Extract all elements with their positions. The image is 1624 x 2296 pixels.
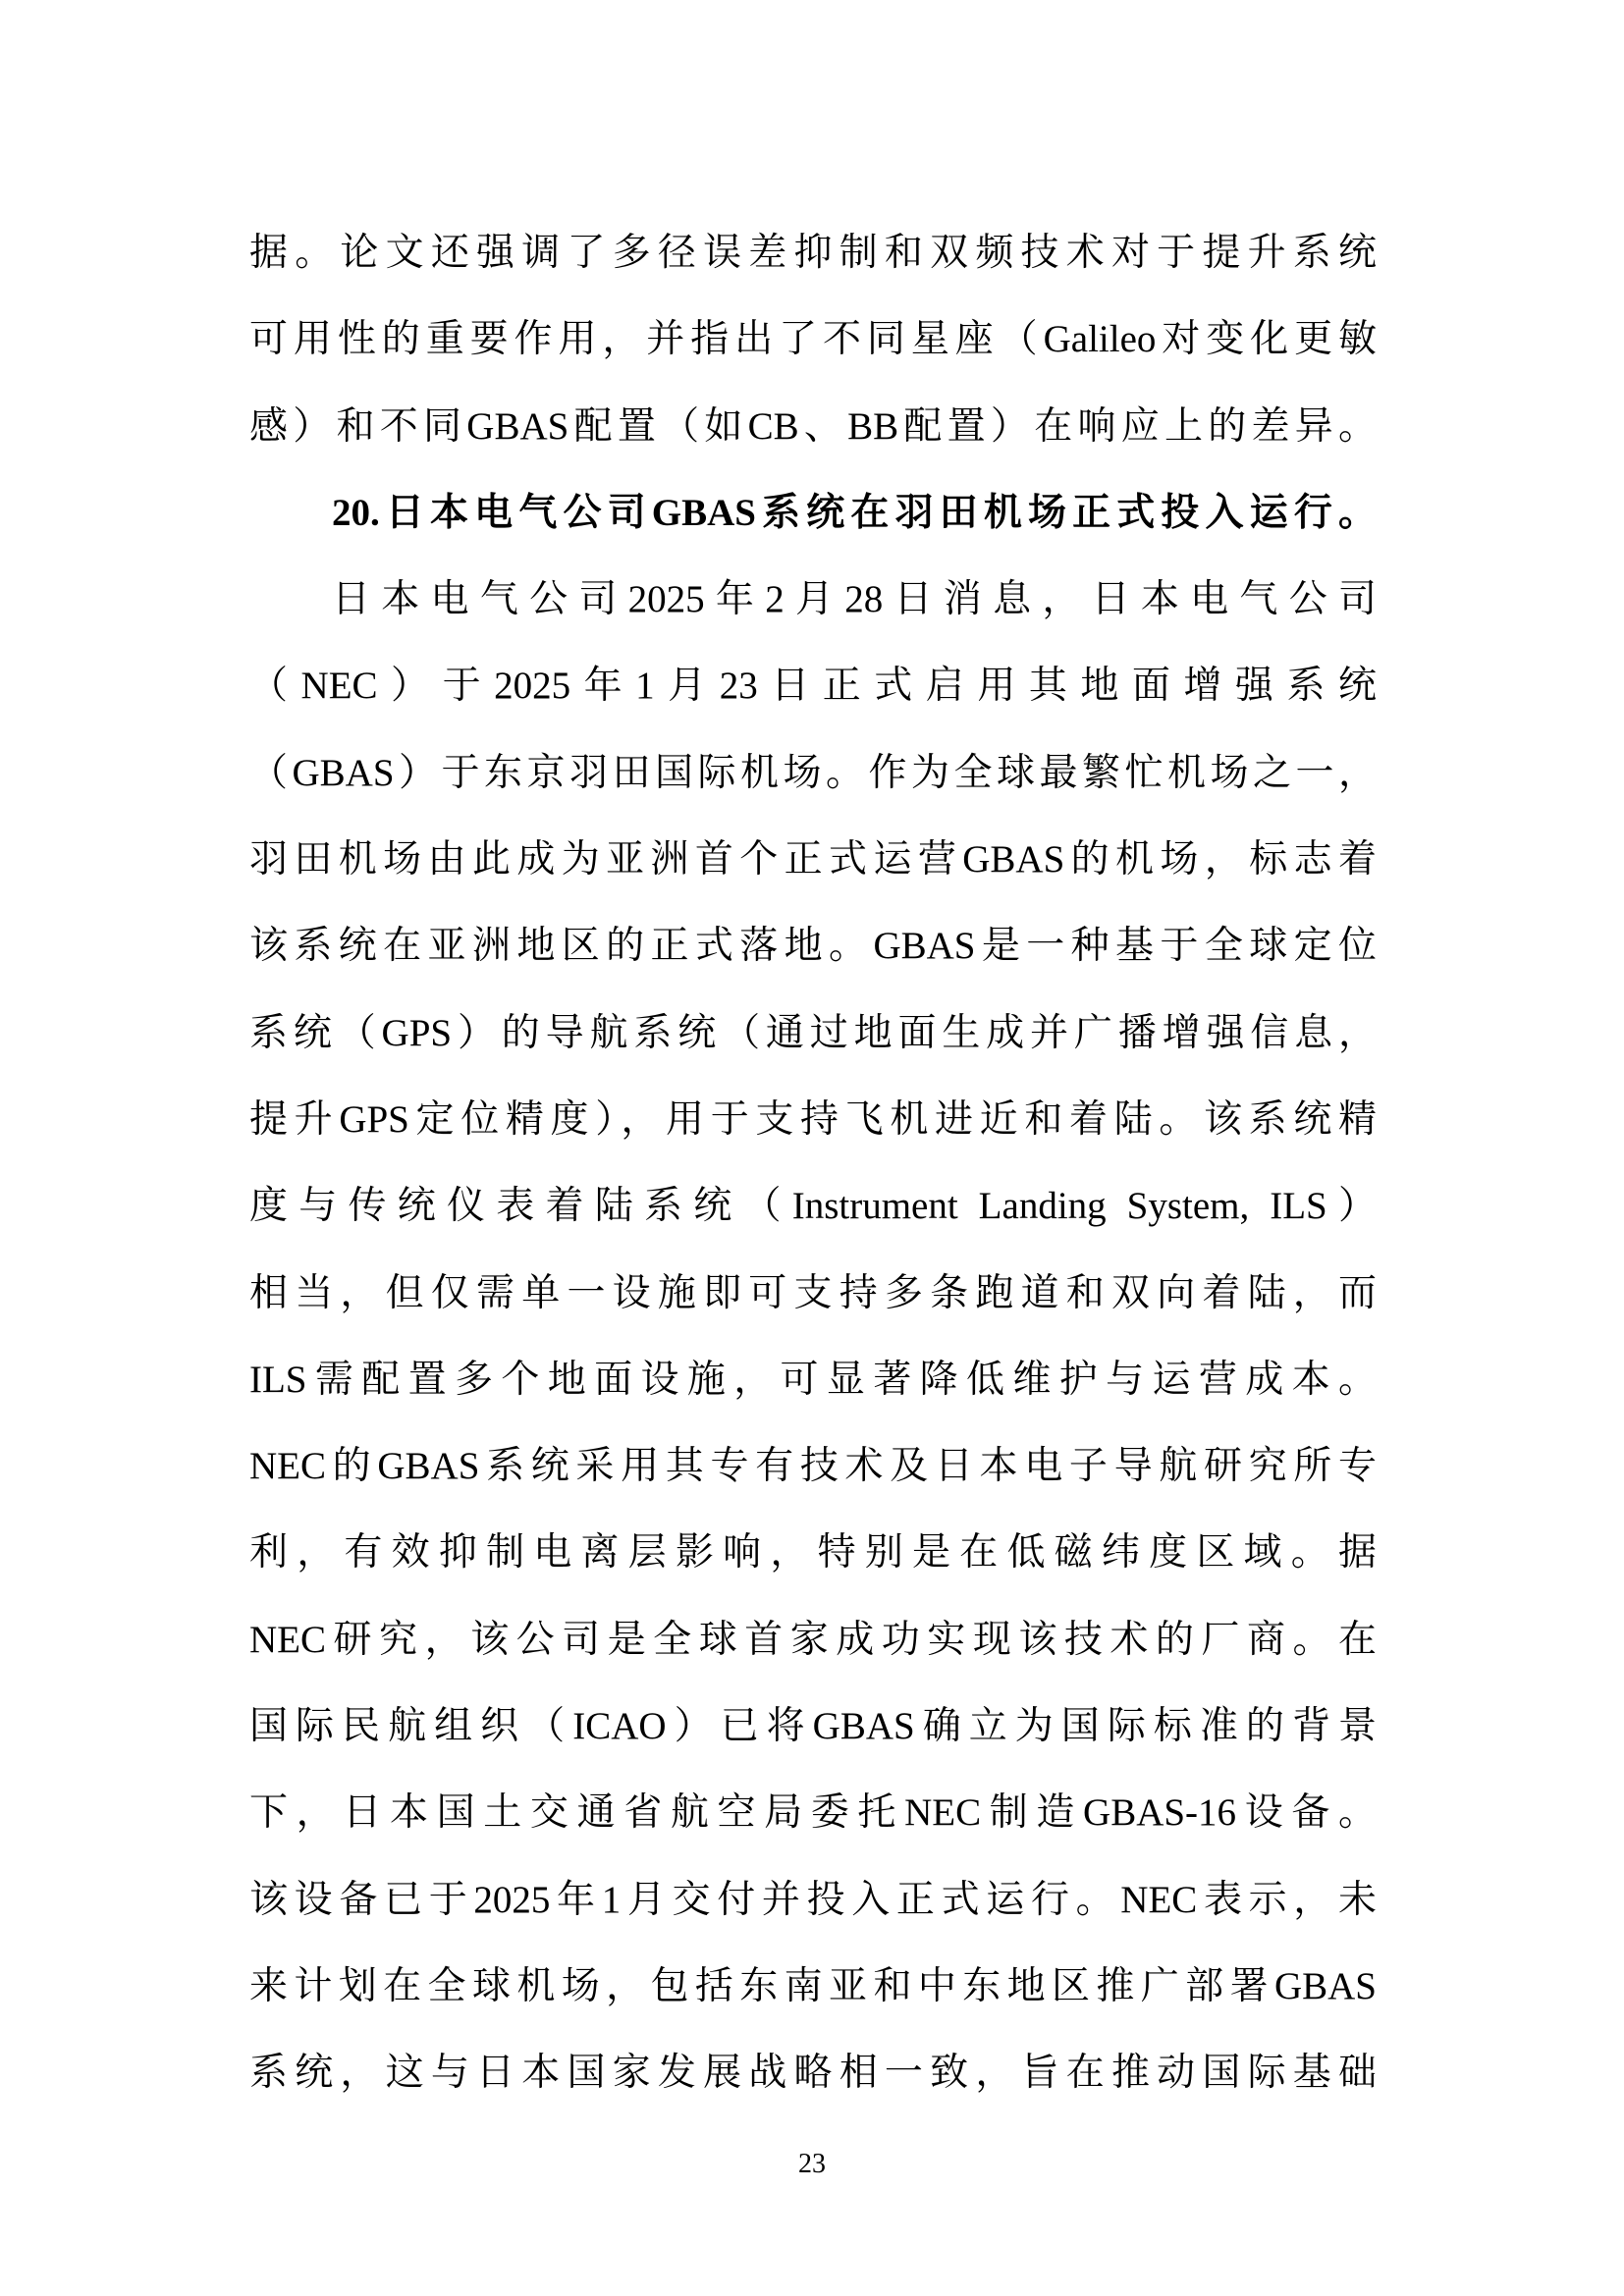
paragraph-line-2: 可用性的重要作用，并指出了不同星座（Galileo对变化更敏 <box>249 296 1377 383</box>
paragraph-line-9: 该系统在亚洲地区的正式落地。GBAS是一种基于全球定位 <box>249 903 1377 989</box>
paragraph-line-5: 日本电气公司2025年2月28日消息，日本电气公司 <box>249 557 1377 643</box>
paragraph-line-14: ILS需配置多个地面设施，可显著降低维护与运营成本。 <box>249 1337 1377 1423</box>
paragraph-line-7: （GBAS）于东京羽田国际机场。作为全球最繁忙机场之一， <box>249 730 1377 817</box>
paragraph-line-20: 该设备已于2025年1月交付并投入正式运行。NEC表示，未 <box>249 1857 1377 1944</box>
paragraph-line-3: 感）和不同GBAS配置（如CB、BB配置）在响应上的差异。 <box>249 384 1377 470</box>
paragraph-line-21: 来计划在全球机场，包括东南亚和中东地区推广部署GBAS <box>249 1944 1377 2030</box>
body-text: 据。论文还强调了多径误差抑制和双频技术对于提升系统 可用性的重要作用，并指出了不… <box>249 210 1377 2117</box>
paragraph-line-16: 利，有效抑制电离层影响，特别是在低磁纬度区域。据 <box>249 1510 1377 1596</box>
paragraph-line-17: NEC研究，该公司是全球首家成功实现该技术的厂商。在 <box>249 1597 1377 1683</box>
paragraph-line-15: NEC的GBAS系统采用其专有技术及日本电子导航研究所专 <box>249 1423 1377 1510</box>
document-page: 据。论文还强调了多径误差抑制和双频技术对于提升系统 可用性的重要作用，并指出了不… <box>0 0 1624 2296</box>
paragraph-line-19: 下，日本国土交通省航空局委托NEC制造GBAS-16设备。 <box>249 1770 1377 1856</box>
section-heading: 20.日本电气公司GBAS系统在羽田机场正式投入运行。 <box>249 470 1377 557</box>
paragraph-line-8: 羽田机场由此成为亚洲首个正式运营GBAS的机场，标志着 <box>249 817 1377 903</box>
page-number: 23 <box>0 2145 1624 2184</box>
paragraph-line-10: 系统（GPS）的导航系统（通过地面生成并广播增强信息， <box>249 990 1377 1077</box>
paragraph-line-1: 据。论文还强调了多径误差抑制和双频技术对于提升系统 <box>249 210 1377 296</box>
paragraph-line-11: 提升GPS定位精度），用于支持飞机进近和着陆。该系统精 <box>249 1077 1377 1163</box>
paragraph-line-6: （NEC）于2025年1月23日正式启用其地面增强系统 <box>249 643 1377 729</box>
paragraph-line-22: 系统，这与日本国家发展战略相一致，旨在推动国际基础 <box>249 2030 1377 2116</box>
paragraph-line-13: 相当，但仅需单一设施即可支持多条跑道和双向着陆，而 <box>249 1251 1377 1337</box>
paragraph-line-18: 国际民航组织（ICAO）已将GBAS确立为国际标准的背景 <box>249 1683 1377 1770</box>
paragraph-line-12: 度与传统仪表着陆系统（Instrument Landing System, IL… <box>249 1163 1377 1250</box>
